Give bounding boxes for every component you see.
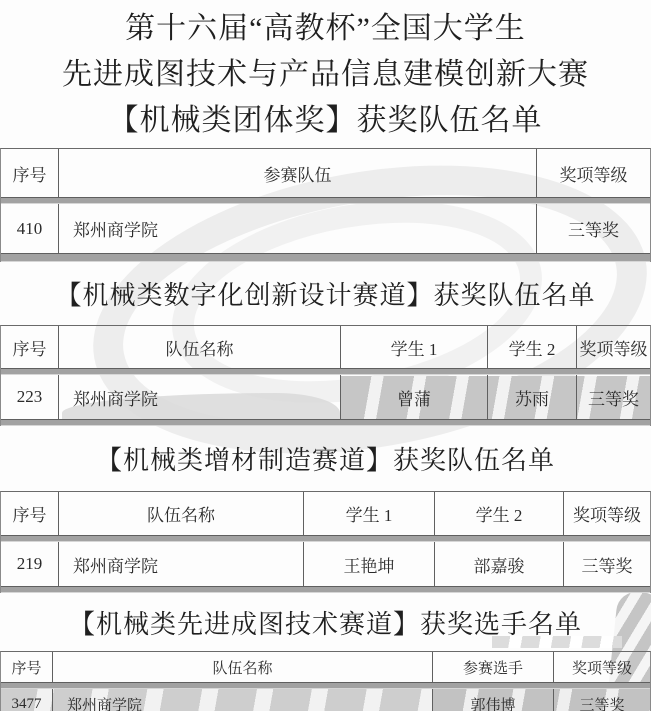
digital-design-data-row: 223 郑州商学院 曾蒲 苏雨 三等奖 bbox=[1, 375, 650, 419]
graphics-section-title: 【机械类先进成图技术赛道】获奖选手名单 bbox=[0, 593, 651, 651]
cell-team-name: 郑州商学院 bbox=[59, 542, 304, 586]
digital-design-header-row: 序号 队伍名称 学生 1 学生 2 奖项等级 bbox=[1, 326, 650, 368]
additive-section-title: 【机械类增材制造赛道】获奖队伍名单 bbox=[0, 426, 651, 491]
col-header-award: 奖项等级 bbox=[564, 492, 650, 535]
cell-team-name: 郑州商学院 bbox=[59, 204, 537, 253]
cell-serial: 219 bbox=[1, 542, 59, 586]
separator-band bbox=[1, 419, 650, 426]
cell-award: 三等奖 bbox=[537, 204, 650, 253]
cell-student1: 王艳坤 bbox=[304, 542, 435, 586]
col-header-serial: 序号 bbox=[1, 326, 59, 368]
team-award-header-row: 序号 参赛队伍 奖项等级 bbox=[1, 149, 650, 197]
cell-team-name: 郑州商学院 bbox=[53, 689, 433, 711]
separator-band bbox=[1, 368, 650, 375]
col-header-serial: 序号 bbox=[1, 149, 59, 197]
separator-band bbox=[1, 535, 650, 542]
separator-band bbox=[1, 197, 650, 204]
award-document-page: 第十六届“高教杯”全国大学生 先进成图技术与产品信息建模创新大赛 【机械类团体奖… bbox=[0, 0, 651, 711]
digital-design-table: 序号 队伍名称 学生 1 学生 2 奖项等级 223 郑州商学院 曾蒲 苏雨 三… bbox=[0, 325, 651, 426]
col-header-contestant: 参赛选手 bbox=[433, 652, 554, 682]
cell-student1: 曾蒲 bbox=[341, 375, 488, 419]
document-title-line-2: 先进成图技术与产品信息建模创新大赛 bbox=[0, 52, 651, 98]
cell-serial: 410 bbox=[1, 204, 59, 253]
cell-award: 三等奖 bbox=[577, 375, 650, 419]
document-title-line-1: 第十六届“高教杯”全国大学生 bbox=[0, 6, 651, 52]
cell-student2: 苏雨 bbox=[488, 375, 577, 419]
col-header-award: 奖项等级 bbox=[577, 326, 650, 368]
team-award-table: 序号 参赛队伍 奖项等级 410 郑州商学院 三等奖 bbox=[0, 148, 651, 262]
col-header-serial: 序号 bbox=[1, 652, 53, 682]
graphics-table: 序号 队伍名称 参赛选手 奖项等级 3477 郑州商学院 郭伟博 三等奖 bbox=[0, 651, 651, 711]
graphics-header-row: 序号 队伍名称 参赛选手 奖项等级 bbox=[1, 652, 650, 682]
cell-team-name: 郑州商学院 bbox=[59, 375, 341, 419]
col-header-serial: 序号 bbox=[1, 492, 59, 535]
document-title-line-3: 【机械类团体奖】获奖队伍名单 bbox=[0, 98, 651, 144]
col-header-team: 队伍名称 bbox=[59, 492, 304, 535]
col-header-team: 队伍名称 bbox=[59, 326, 341, 368]
col-header-student1: 学生 1 bbox=[341, 326, 488, 368]
col-header-award: 奖项等级 bbox=[554, 652, 650, 682]
cell-award: 三等奖 bbox=[554, 689, 650, 711]
col-header-team: 参赛队伍 bbox=[59, 149, 537, 197]
cell-award: 三等奖 bbox=[564, 542, 650, 586]
cell-serial: 3477 bbox=[1, 689, 53, 711]
cell-student2: 部嘉骏 bbox=[435, 542, 564, 586]
col-header-student1: 学生 1 bbox=[304, 492, 435, 535]
additive-table: 序号 队伍名称 学生 1 学生 2 奖项等级 219 郑州商学院 王艳坤 部嘉骏… bbox=[0, 491, 651, 593]
graphics-data-row: 3477 郑州商学院 郭伟博 三等奖 bbox=[1, 689, 650, 711]
separator-band bbox=[1, 253, 650, 262]
additive-header-row: 序号 队伍名称 学生 1 学生 2 奖项等级 bbox=[1, 492, 650, 535]
document-title: 第十六届“高教杯”全国大学生 先进成图技术与产品信息建模创新大赛 【机械类团体奖… bbox=[0, 0, 651, 148]
col-header-award: 奖项等级 bbox=[537, 149, 650, 197]
cell-serial: 223 bbox=[1, 375, 59, 419]
col-header-student2: 学生 2 bbox=[488, 326, 577, 368]
col-header-team: 队伍名称 bbox=[53, 652, 433, 682]
col-header-student2: 学生 2 bbox=[435, 492, 564, 535]
team-award-data-row: 410 郑州商学院 三等奖 bbox=[1, 204, 650, 253]
separator-band bbox=[1, 586, 650, 593]
separator-band bbox=[1, 682, 650, 689]
cell-contestant: 郭伟博 bbox=[433, 689, 554, 711]
additive-data-row: 219 郑州商学院 王艳坤 部嘉骏 三等奖 bbox=[1, 542, 650, 586]
digital-design-section-title: 【机械类数字化创新设计赛道】获奖队伍名单 bbox=[0, 262, 651, 325]
